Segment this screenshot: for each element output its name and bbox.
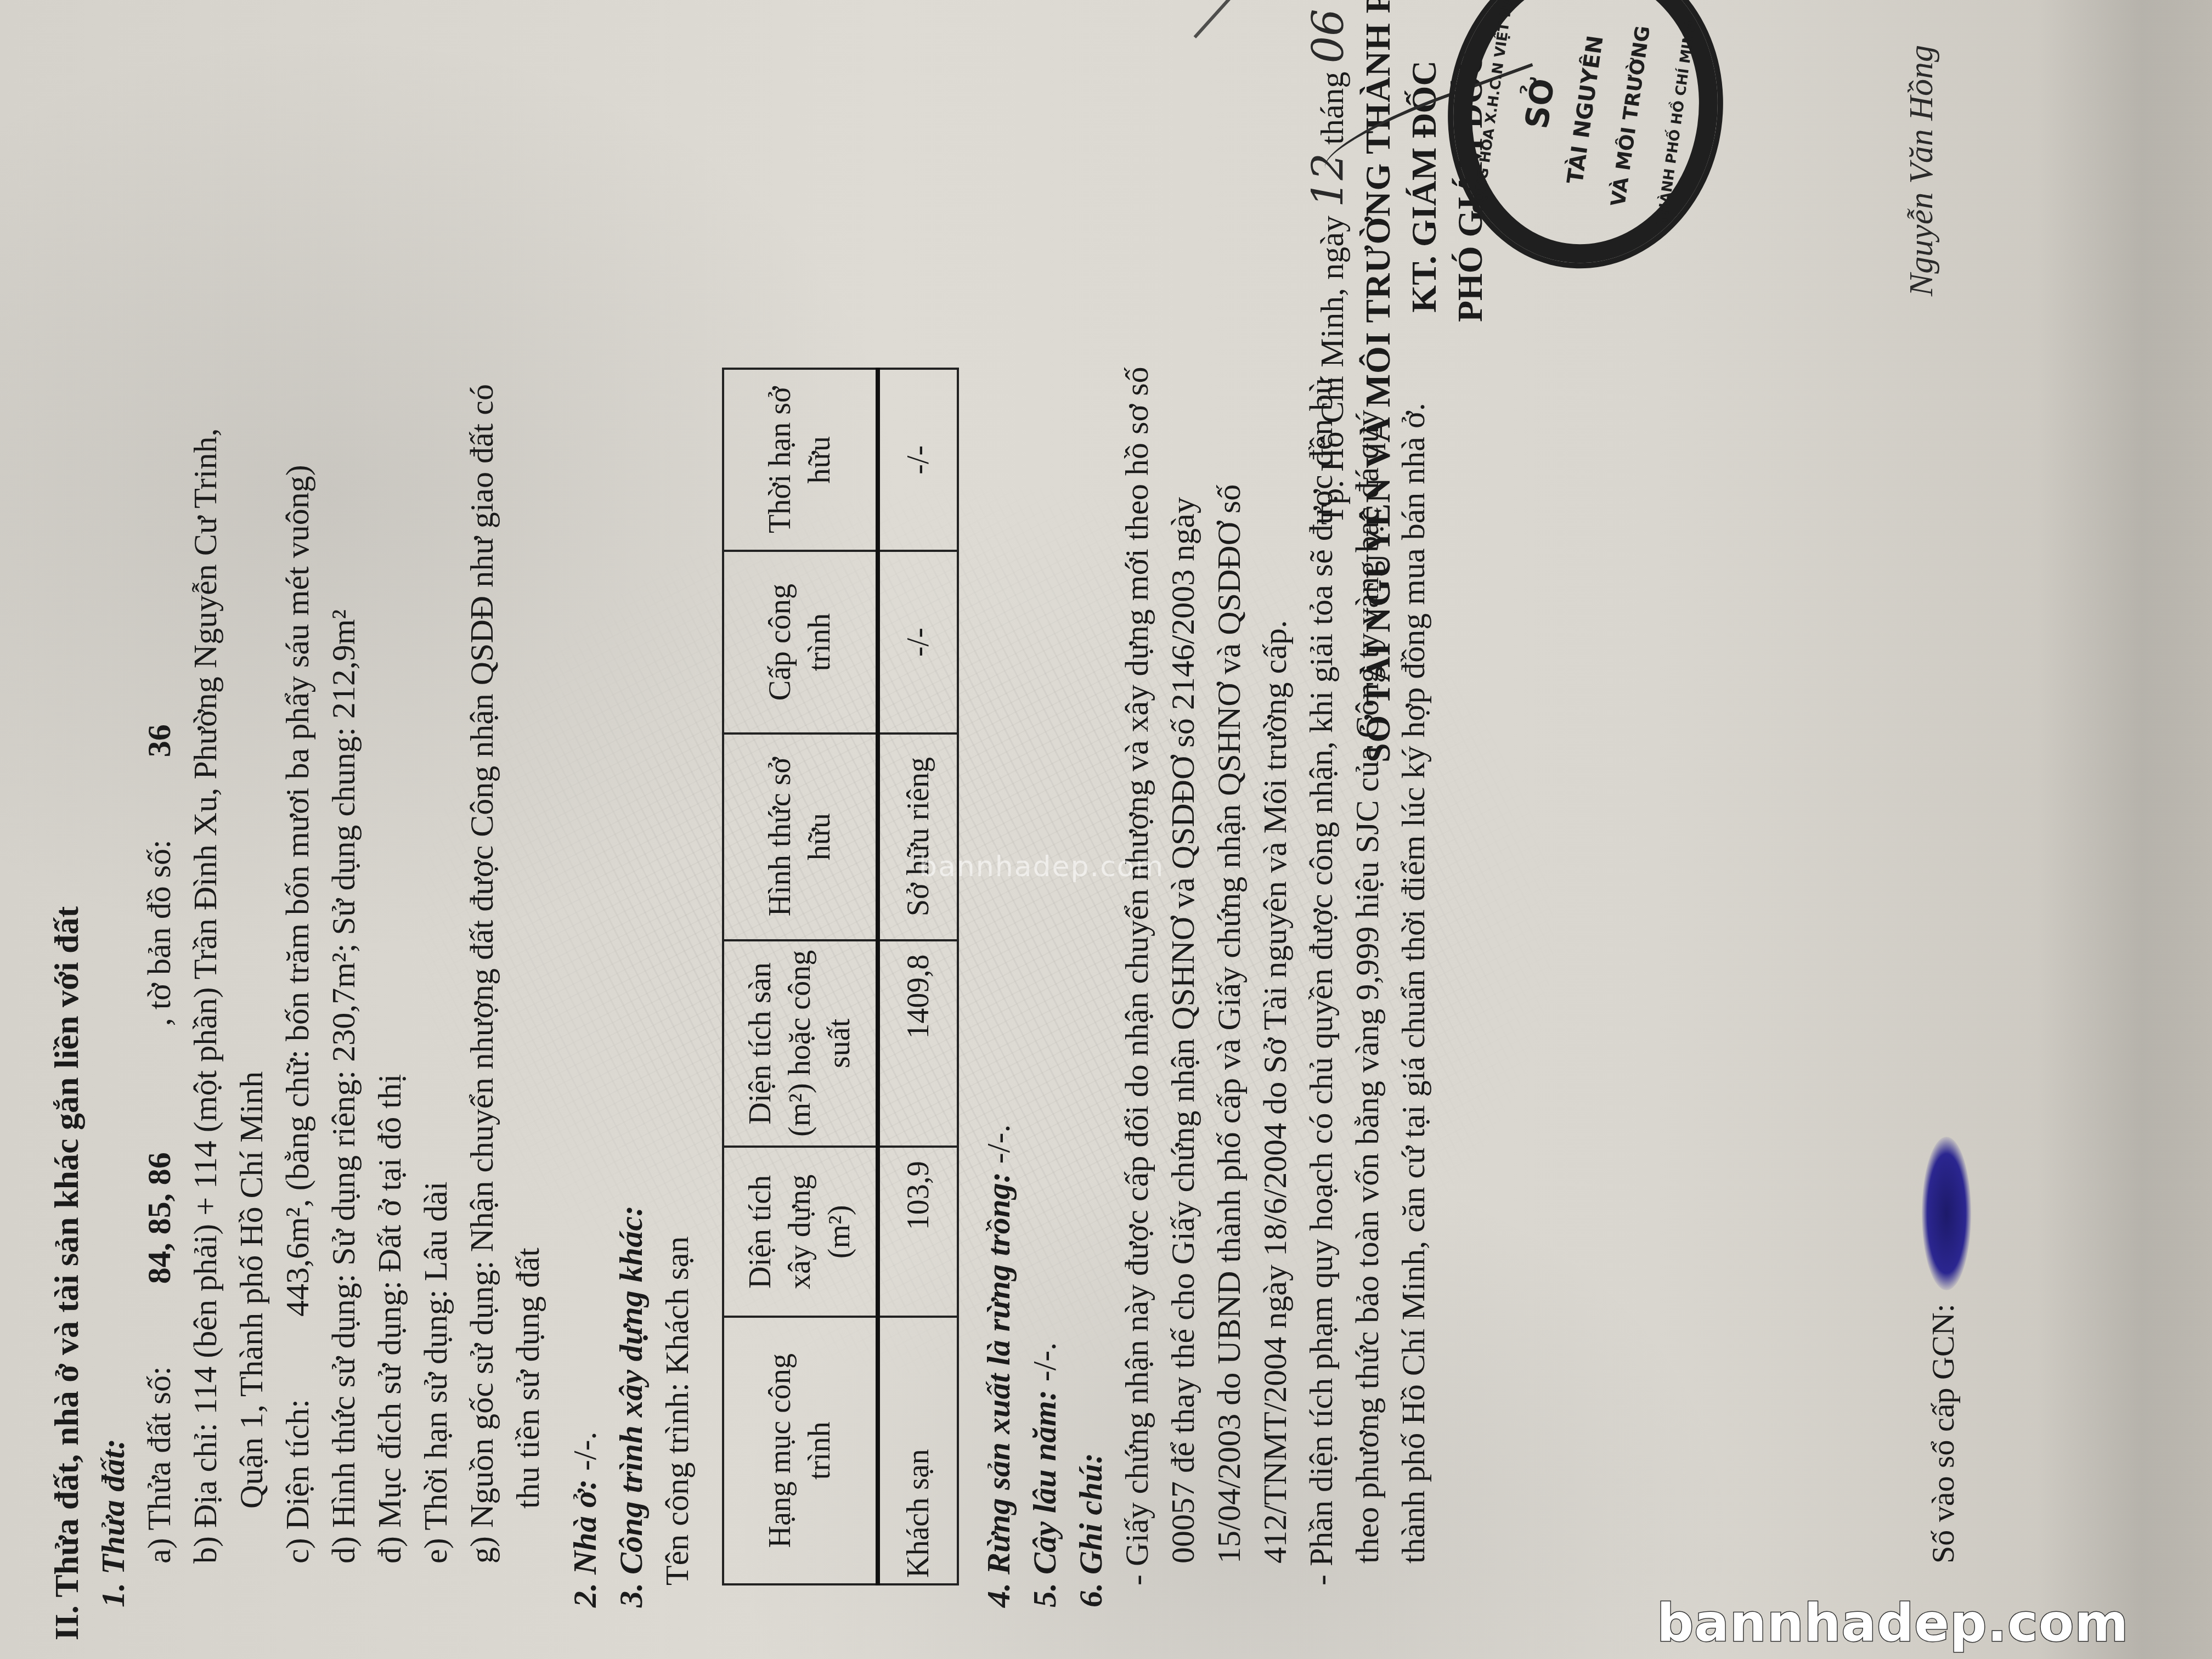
work-name-line: Tên công trình: Khách sạn [654, 49, 700, 1585]
perennial-value: -/-. [1026, 1342, 1063, 1382]
house-label: 2. Nhà ở: [567, 1479, 603, 1607]
area-label: c) Diện tích: [279, 1399, 315, 1564]
perennial-line: 5. Cây lâu năm: -/-. [1022, 49, 1068, 1607]
work-name-label: Tên công trình: [659, 1383, 695, 1585]
usage-term-line: e) Thời hạn sử dụng: Lâu dài [413, 49, 459, 1564]
usage-purpose-label: đ) Mục đích sử dụng: [371, 1280, 408, 1564]
seal-center-1: SỞ [1514, 75, 1566, 132]
col-header: Diện tích sàn (m²) hoặc công suất [723, 940, 878, 1147]
forest-line: 4. Rừng sản xuất là rừng trồng: -/-. [975, 49, 1022, 1607]
usage-origin-line-2: thu tiền sử dụng đất [505, 49, 551, 1509]
col-header: Diện tích xây dựng (m²) [723, 1147, 878, 1317]
table-row: Khách sạn 103,9 1409,8 Sở hữu riêng -/- … [878, 369, 958, 1584]
usage-term-label: e) Thời hạn sử dụng: [417, 1289, 454, 1564]
table-cell: -/- [878, 551, 958, 733]
usage-form-line: d) Hình thức sử dụng: Sử dụng riêng: 230… [320, 49, 366, 1564]
usage-purpose-line: đ) Mục đích sử dụng: Đất ở tại đô thị [366, 49, 413, 1564]
area-value: 443,6m², (bằng chữ: bốn trăm bốn mươi ba… [279, 465, 315, 1317]
register-label: Số vào sổ cấp GCN: [1925, 1304, 1961, 1564]
forest-value: -/-. [980, 1125, 1017, 1164]
table-cell: 103,9 [878, 1147, 958, 1317]
perennial-label: 5. Cây lâu năm: [1026, 1390, 1063, 1607]
notes-heading: 6. Ghi chú: [1068, 49, 1114, 1607]
usage-form-value: Sử dụng riêng: 230,7m²; Sử dụng chung: 2… [325, 610, 362, 1266]
issue-date: Tp. Hồ Chí Minh, ngày 12 tháng 06 năm 20… [1306, 0, 1355, 598]
works-table: Hạng mục công trình Diện tích xây dựng (… [722, 368, 959, 1585]
issue-month: 06 [1304, 9, 1353, 63]
other-works-heading: 3. Công trình xây dựng khác: [608, 49, 654, 1607]
certificate-page: II. Thửa đất, nhà ở và tài sản khác gắn … [44, 49, 2183, 1640]
usage-purpose-value: Đất ở tại đô thị [371, 1074, 408, 1273]
signer-role-1: KT. GIÁM ĐỐC [1401, 0, 1447, 598]
col-header: Thời hạn sở hữu [723, 369, 878, 551]
area-line: c) Diện tích: 443,6m², (bằng chữ: bốn tr… [274, 49, 320, 1564]
work-name-value: Khách sạn [659, 1237, 695, 1375]
issuing-organization: SỞ TÀI NGUYÊN VÀ MÔI TRƯỜNG THÀNH PHỐ HỒ… [1355, 0, 1401, 763]
col-header: Hạng mục công trình [723, 1317, 878, 1584]
table-cell: Sở hữu riêng [878, 733, 958, 940]
usage-origin-label: g) Nguồn gốc sử dụng: [464, 1261, 500, 1564]
note-item: - Giấy chứng nhận này được cấp đổi do nh… [1114, 357, 1298, 1564]
table-cell: -/- [878, 369, 958, 551]
watermark-faint: bannhadep.com [919, 850, 1164, 883]
address-line-2: Quận 1, Thành phố Hồ Chí Minh [228, 49, 274, 1509]
section-heading: II. Thửa đất, nhà ở và tài sản khác gắn … [44, 49, 90, 1640]
house-line: 2. Nhà ở: -/-. [562, 49, 608, 1607]
address-line-1: b) Địa chỉ: 114 (bên phải) + 114 (một ph… [182, 49, 228, 1564]
parcel-number-label: a) Thửa đất số: [141, 1366, 177, 1564]
house-value: -/-. [567, 1431, 603, 1471]
register-number-line: Số vào sổ cấp GCN: [1920, 1137, 1971, 1564]
col-header: Hình thức sở hữu [723, 733, 878, 940]
forest-label: 4. Rừng sản xuất là rừng trồng: [980, 1172, 1017, 1607]
parcel-number-value: 84, 85, 86 [141, 1152, 177, 1284]
signer-name: Nguyễn Văn Hồng [1898, 45, 1944, 296]
watermark: bannhadep.com [1657, 1594, 2129, 1654]
parcel-heading: 1. Thửa đất: [90, 49, 136, 1607]
usage-origin-value: Nhận chuyển nhượng đất được Công nhận QS… [464, 384, 500, 1252]
table-header-row: Hạng mục công trình Diện tích xây dựng (… [723, 369, 878, 1584]
table-cell: 1409,8 [878, 940, 958, 1147]
map-sheet-value: 36 [141, 724, 177, 757]
usage-origin-line: g) Nguồn gốc sử dụng: Nhận chuyển nhượng… [459, 49, 505, 1564]
map-sheet-label: , tờ bản đồ số: [141, 839, 177, 1026]
parcel-number-line: a) Thửa đất số: 84, 85, 86 , tờ bản đồ s… [136, 49, 182, 1564]
usage-form-label: d) Hình thức sử dụng: [325, 1274, 362, 1564]
table-cell: Khách sạn [878, 1317, 958, 1584]
col-header: Cấp công trình [723, 551, 878, 733]
redacted-ink-icon [1922, 1137, 1971, 1290]
usage-term-value: Lâu dài [417, 1182, 454, 1282]
